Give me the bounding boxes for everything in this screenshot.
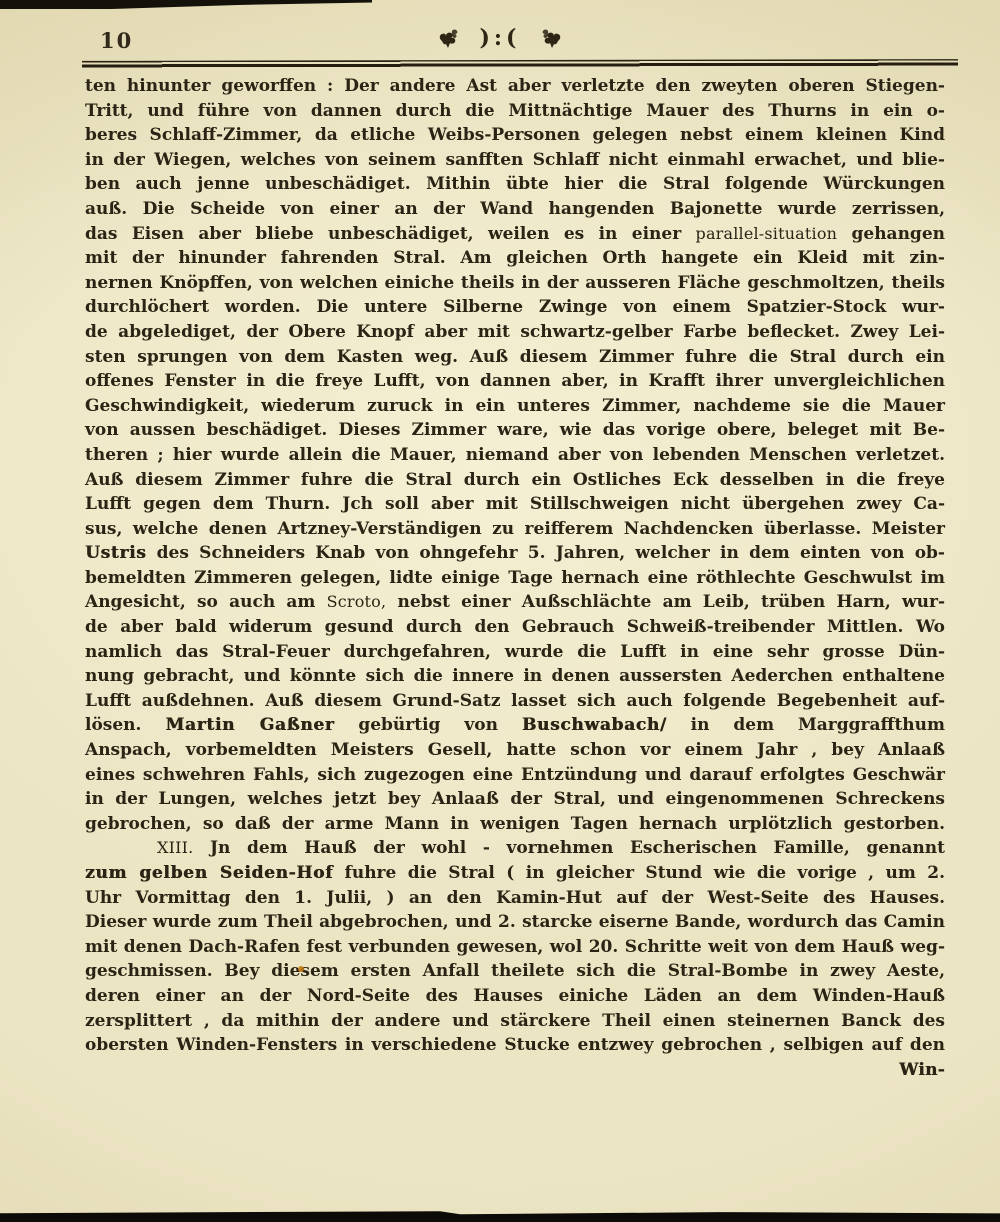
text-line: Uhr Vormittag den 1. Julii, ) an den Kam… bbox=[85, 886, 945, 911]
roman-type-segment: Scroto, bbox=[327, 592, 387, 611]
fraktur-segment: Geschwindigkeit, wiederum zuruck in ein … bbox=[85, 396, 945, 416]
text-line: obersten Winden-Fensters in verschiedene… bbox=[85, 1033, 945, 1058]
text-line: Tritt, und führe von dannen durch die Mi… bbox=[85, 99, 945, 124]
fraktur-segment: theren ; hier wurde allein die Mauer, ni… bbox=[85, 445, 945, 465]
text-line: durchlöchert worden. Die untere Silberne… bbox=[85, 295, 945, 320]
header-ornament: ):( bbox=[0, 24, 1000, 51]
fraktur-segment: Lufft außdehnen. Auß diesem Grund-Satz l… bbox=[85, 691, 945, 711]
fraktur-segment: Angesicht, so auch am bbox=[85, 592, 327, 612]
text-line: de abgelediget, der Obere Knopf aber mit… bbox=[85, 320, 945, 345]
fraktur-segment: deren einer an der Nord-Seite des Hauses… bbox=[85, 986, 945, 1006]
fraktur-segment: nernen Knöpffen, von welchen einiche the… bbox=[85, 273, 945, 293]
fraktur-segment: Anspach, vorbemeldten Meisters Gesell, h… bbox=[85, 740, 945, 760]
text-line: namlich das Stral-Feuer durchgefahren, w… bbox=[85, 640, 945, 665]
fraktur-segment: mit der hinunder fahrenden Stral. Am gle… bbox=[85, 248, 945, 268]
fraktur-segment: nebst einer Außschlächte am Leib, trüben… bbox=[386, 592, 945, 612]
text-block: ten hinunter geworffen : Der andere Ast … bbox=[85, 74, 945, 1058]
fraktur-segment: obersten Winden-Fensters in verschiedene… bbox=[85, 1035, 945, 1055]
roman-type-segment: parallel-situation bbox=[696, 224, 838, 243]
text-line: gebrochen, so daß der arme Mann in wenig… bbox=[85, 812, 945, 837]
catchword: Win- bbox=[899, 1060, 945, 1080]
fraktur-segment: gebürtig von bbox=[334, 715, 521, 735]
text-line: nernen Knöpffen, von welchen einiche the… bbox=[85, 271, 945, 296]
fraktur-segment: Lufft gegen dem Thurn. Jch soll aber mit… bbox=[85, 494, 945, 514]
text-line: bemeldten Zimmeren gelegen, lidte einige… bbox=[85, 566, 945, 591]
fraktur-segment: gebrochen, so daß der arme Mann in wenig… bbox=[85, 814, 945, 834]
fraktur-segment: zersplittert , da mithin der andere und … bbox=[85, 1011, 945, 1031]
fraktur-segment: geschmissen. Bey diesem ersten Anfall th… bbox=[85, 961, 945, 981]
emphasis-segment: zum gelben Seiden-Hof bbox=[85, 863, 333, 883]
text-line: mit der hinunder fahrenden Stral. Am gle… bbox=[85, 246, 945, 271]
fraktur-segment: eines schwehren Fahls, sich zugezogen ei… bbox=[85, 765, 945, 785]
text-line: in der Wiegen, welches von seinem sanfft… bbox=[85, 148, 945, 173]
fleuron-icon bbox=[538, 24, 562, 50]
fraktur-segment: lösen. bbox=[85, 715, 165, 735]
text-line: XIII. Jn dem Hauß der wohl - vornehmen E… bbox=[85, 836, 945, 861]
emphasis-segment: Martin Gaßner bbox=[165, 715, 334, 735]
fraktur-segment: nung gebracht, und könnte sich die inner… bbox=[85, 666, 945, 686]
fraktur-segment: durchlöchert worden. Die untere Silberne… bbox=[85, 297, 945, 317]
fraktur-segment: mit denen Dach-Rafen fest verbunden gewe… bbox=[85, 937, 945, 957]
fraktur-segment: in dem Marggraffthum bbox=[667, 715, 945, 735]
fraktur-segment: de abgelediget, der Obere Knopf aber mit… bbox=[85, 322, 945, 342]
text-line: das Eisen aber bliebe unbeschädiget, wei… bbox=[85, 222, 945, 247]
header-rule bbox=[82, 59, 958, 68]
text-line: Ustris des Schneiders Knab von ohngefehr… bbox=[85, 541, 945, 566]
fraktur-segment: das Eisen aber bliebe unbeschädiget, wei… bbox=[85, 224, 696, 244]
text-line: Auß diesem Zimmer fuhre die Stral durch … bbox=[85, 468, 945, 493]
fraktur-segment: bemeldten Zimmeren gelegen, lidte einige… bbox=[85, 568, 945, 588]
text-line: von aussen beschädiget. Dieses Zimmer wa… bbox=[85, 418, 945, 443]
fraktur-segment: in der Wiegen, welches von seinem sanfft… bbox=[85, 150, 945, 170]
fraktur-segment: sus, welche denen Artzney-Verständigen z… bbox=[85, 519, 945, 539]
fraktur-segment: de aber bald widerum gesund durch den Ge… bbox=[85, 617, 945, 637]
book-page: 10 ):( ten hinunter geworffen : Der ande… bbox=[0, 0, 1000, 1222]
text-line: Geschwindigkeit, wiederum zuruck in ein … bbox=[85, 394, 945, 419]
text-line: theren ; hier wurde allein die Mauer, ni… bbox=[85, 443, 945, 468]
ink-stain bbox=[298, 966, 304, 972]
fleuron-icon bbox=[438, 24, 470, 50]
fraktur-segment: ben auch jenne unbeschädiget. Mithin übt… bbox=[85, 174, 945, 194]
text-line: geschmissen. Bey diesem ersten Anfall th… bbox=[85, 959, 945, 984]
text-line: de aber bald widerum gesund durch den Ge… bbox=[85, 615, 945, 640]
fraktur-segment: ten hinunter geworffen : Der andere Ast … bbox=[85, 76, 945, 96]
scan-edge-top bbox=[0, 0, 372, 9]
text-line: deren einer an der Nord-Seite des Hauses… bbox=[85, 984, 945, 1009]
text-line: ten hinunter geworffen : Der andere Ast … bbox=[85, 74, 945, 99]
text-line: ben auch jenne unbeschädiget. Mithin übt… bbox=[85, 172, 945, 197]
text-line: sten sprungen von dem Kasten weg. Auß di… bbox=[85, 345, 945, 370]
fraktur-segment: Dieser wurde zum Theil abgebrochen, und … bbox=[85, 912, 945, 932]
fraktur-segment: offenes Fenster in die freye Lufft, von … bbox=[85, 371, 945, 391]
text-line: Lufft außdehnen. Auß diesem Grund-Satz l… bbox=[85, 689, 945, 714]
fraktur-segment: Uhr Vormittag den 1. Julii, ) an den Kam… bbox=[85, 888, 945, 908]
text-line: Angesicht, so auch am Scroto, nebst eine… bbox=[85, 590, 945, 615]
text-line: eines schwehren Fahls, sich zugezogen ei… bbox=[85, 763, 945, 788]
fraktur-segment: fuhre die Stral ( in gleicher Stund wie … bbox=[333, 863, 945, 883]
text-line: zersplittert , da mithin der andere und … bbox=[85, 1009, 945, 1034]
fraktur-segment: namlich das Stral-Feuer durchgefahren, w… bbox=[85, 642, 945, 662]
emphasis-segment: Buschwabach/ bbox=[522, 715, 667, 735]
fraktur-segment: des Schneiders Knab von ohngefehr 5. Jah… bbox=[146, 543, 945, 563]
fraktur-segment: Tritt, und führe von dannen durch die Mi… bbox=[85, 101, 945, 121]
scan-edge-bottom bbox=[0, 1211, 1000, 1222]
text-line: in der Lungen, welches jetzt bey Anlaaß … bbox=[85, 787, 945, 812]
roman-type-segment: XIII. bbox=[157, 838, 193, 857]
fraktur-segment: von aussen beschädiget. Dieses Zimmer wa… bbox=[85, 420, 945, 440]
emphasis-segment: Ustris bbox=[85, 543, 146, 563]
text-line: auß. Die Scheide von einer an der Wand h… bbox=[85, 197, 945, 222]
text-line: offenes Fenster in die freye Lufft, von … bbox=[85, 369, 945, 394]
fraktur-segment: Jn dem Hauß der wohl - vornehmen Escheri… bbox=[193, 838, 945, 858]
text-line: beres Schlaff-Zimmer, da etliche Weibs-P… bbox=[85, 123, 945, 148]
text-line: sus, welche denen Artzney-Verständigen z… bbox=[85, 517, 945, 542]
text-line: Anspach, vorbemeldten Meisters Gesell, h… bbox=[85, 738, 945, 763]
fraktur-segment: auß. Die Scheide von einer an der Wand h… bbox=[85, 199, 945, 219]
header-separator: ):( bbox=[480, 25, 521, 51]
fraktur-segment: gehangen bbox=[837, 224, 945, 244]
fraktur-segment: sten sprungen von dem Kasten weg. Auß di… bbox=[85, 347, 945, 367]
text-line: mit denen Dach-Rafen fest verbunden gewe… bbox=[85, 935, 945, 960]
fraktur-segment: Auß diesem Zimmer fuhre die Stral durch … bbox=[85, 470, 945, 490]
text-line: zum gelben Seiden-Hof fuhre die Stral ( … bbox=[85, 861, 945, 886]
fraktur-segment: in der Lungen, welches jetzt bey Anlaaß … bbox=[85, 789, 945, 809]
fraktur-segment: beres Schlaff-Zimmer, da etliche Weibs-P… bbox=[85, 125, 945, 145]
text-line: nung gebracht, und könnte sich die inner… bbox=[85, 664, 945, 689]
text-line: lösen. Martin Gaßner gebürtig von Buschw… bbox=[85, 713, 945, 738]
text-line: Dieser wurde zum Theil abgebrochen, und … bbox=[85, 910, 945, 935]
text-line: Lufft gegen dem Thurn. Jch soll aber mit… bbox=[85, 492, 945, 517]
